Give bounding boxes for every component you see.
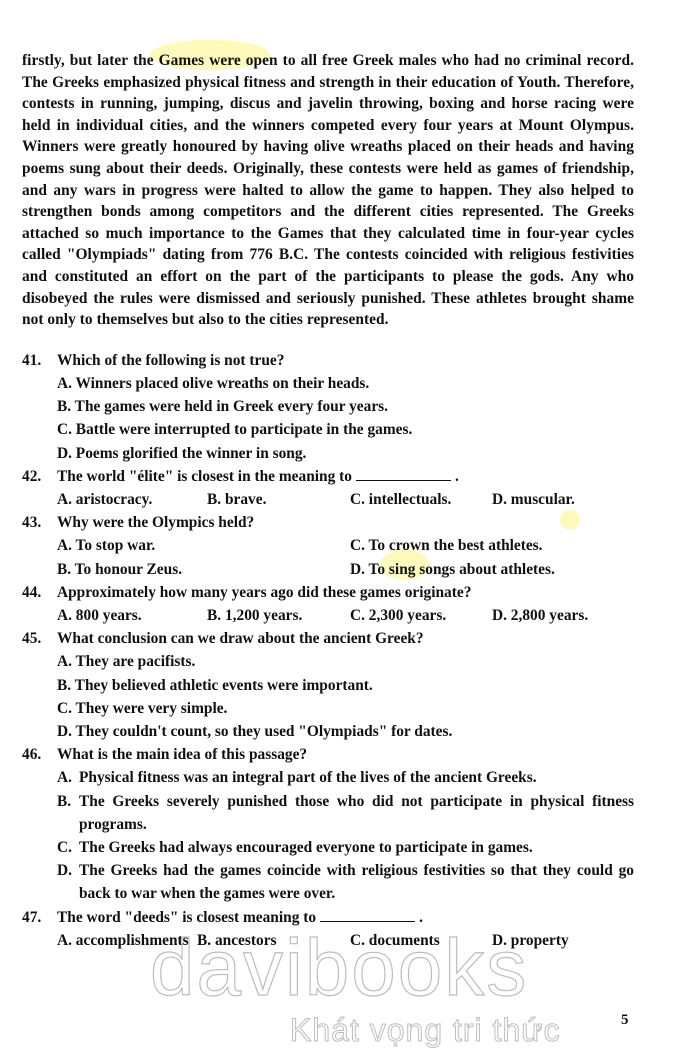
option-a: A. Physical fitness was an integral part…: [22, 766, 634, 789]
option-label: D.: [57, 859, 79, 905]
stem-end: .: [455, 468, 459, 485]
question-46: 46. What is the main idea of this passag…: [22, 743, 634, 905]
option-d: D. 2,800 years.: [492, 604, 634, 627]
option-label: B.: [57, 790, 79, 836]
option-text: Physical fitness was an integral part of…: [79, 766, 634, 789]
question-43: 43. Why were the Olympics held? A. To st…: [22, 511, 634, 581]
answer-blank: [320, 909, 415, 922]
question-number: 46.: [22, 743, 57, 766]
option-b: B. brave.: [207, 488, 350, 511]
option-d: D. To sing songs about athletes.: [350, 558, 634, 581]
question-number: 42.: [22, 465, 57, 488]
options-row: A. aristocracy. B. brave. C. intellectua…: [22, 488, 634, 511]
option-a: A. They are pacifists.: [22, 650, 634, 673]
question-number: 47.: [22, 906, 57, 929]
option-b: B. To honour Zeus.: [57, 558, 350, 581]
option-d: D. Poems glorified the winner in song.: [22, 442, 634, 465]
option-a: A. Winners placed olive wreaths on their…: [22, 372, 634, 395]
page-number: 5: [621, 1012, 629, 1029]
option-text: The Greeks had the games coincide with r…: [79, 859, 634, 905]
question-stem: Approximately how many years ago did the…: [57, 581, 634, 604]
options-grid: A. To stop war. C. To crown the best ath…: [22, 534, 634, 580]
option-b: B. They believed athletic events were im…: [22, 674, 634, 697]
question-stem: Why were the Olympics held?: [57, 511, 634, 534]
option-d: D. The Greeks had the games coincide wit…: [22, 859, 634, 905]
answer-blank: [356, 468, 451, 481]
option-text: The Greeks severely punished those who d…: [79, 790, 634, 836]
question-number: 44.: [22, 581, 57, 604]
option-c: C. The Greeks had always encouraged ever…: [22, 836, 634, 859]
option-b: B. The games were held in Greek every fo…: [22, 395, 634, 418]
question-44: 44. Approximately how many years ago did…: [22, 581, 634, 627]
option-c: C. Battle were interrupted to participat…: [22, 418, 634, 441]
option-c: C. They were very simple.: [22, 697, 634, 720]
questions-list: 41. Which of the following is not true? …: [22, 349, 634, 952]
question-42: 42. The world "élite" is closest in the …: [22, 465, 634, 511]
question-45: 45. What conclusion can we draw about th…: [22, 627, 634, 743]
options-row: A. 800 years. B. 1,200 years. C. 2,300 y…: [22, 604, 634, 627]
watermark-logo: davibooks: [150, 928, 528, 1008]
watermark-tagline: Khát vọng tri thức: [290, 1012, 561, 1048]
option-d: D. They couldn't count, so they used "Ol…: [22, 720, 634, 743]
question-number: 41.: [22, 349, 57, 372]
question-number: 45.: [22, 627, 57, 650]
option-b: B. The Greeks severely punished those wh…: [22, 790, 634, 836]
option-d: D. muscular.: [492, 488, 634, 511]
option-label: A.: [57, 766, 79, 789]
option-text: The Greeks had always encouraged everyon…: [79, 836, 634, 859]
option-c: C. intellectuals.: [350, 488, 492, 511]
option-a: A. 800 years.: [57, 604, 207, 627]
reading-passage: firstly, but later the Games were open t…: [22, 50, 634, 331]
option-a: A. aristocracy.: [57, 488, 207, 511]
option-c: C. 2,300 years.: [350, 604, 492, 627]
option-a: A. To stop war.: [57, 534, 350, 557]
document-page: firstly, but later the Games were open t…: [22, 50, 634, 952]
option-label: C.: [57, 836, 79, 859]
question-number: 43.: [22, 511, 57, 534]
question-41: 41. Which of the following is not true? …: [22, 349, 634, 465]
option-c: C. To crown the best athletes.: [350, 534, 634, 557]
question-stem: The world "élite" is closest in the mean…: [57, 468, 352, 485]
question-stem: What conclusion can we draw about the an…: [57, 627, 634, 650]
question-stem: What is the main idea of this passage?: [57, 743, 634, 766]
question-stem: Which of the following is not true?: [57, 349, 634, 372]
option-b: B. 1,200 years.: [207, 604, 350, 627]
